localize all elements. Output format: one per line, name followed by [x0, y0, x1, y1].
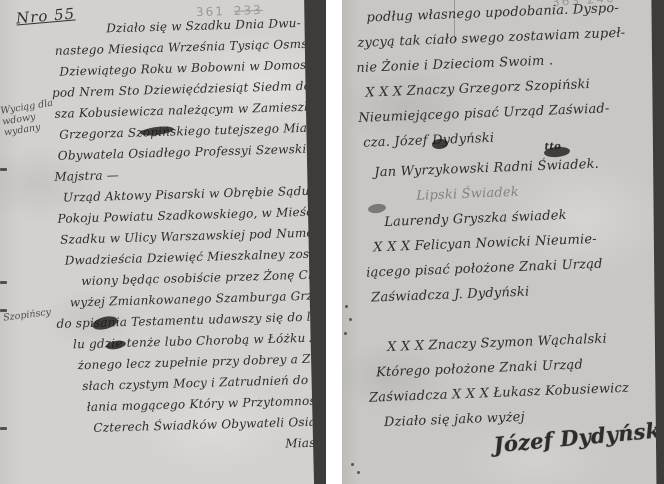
edge-mark — [0, 427, 7, 430]
edge-speckle — [344, 332, 347, 335]
edge-mark — [0, 168, 7, 171]
edge-speckle — [349, 318, 352, 321]
handwritten-text-right: podług własnego upodobania. Dyspo-zycyą … — [354, 0, 664, 461]
edge-speckle — [351, 463, 354, 466]
left-page: Nro 55 361233 Wyciąg dla wdowy wydany Sz… — [0, 0, 326, 484]
edge-mark — [0, 309, 7, 312]
edge-mark — [0, 281, 7, 284]
edge-speckle — [357, 471, 360, 474]
edge-speckle — [345, 305, 348, 308]
right-page: 363 240 podług własnego upodobania. Dysp… — [342, 0, 664, 484]
handwritten-text-left: Działo się w Szadku Dnia Dwu-nastego Mie… — [48, 13, 326, 461]
document-scan: Nro 55 361233 Wyciąg dla wdowy wydany Sz… — [0, 0, 664, 484]
